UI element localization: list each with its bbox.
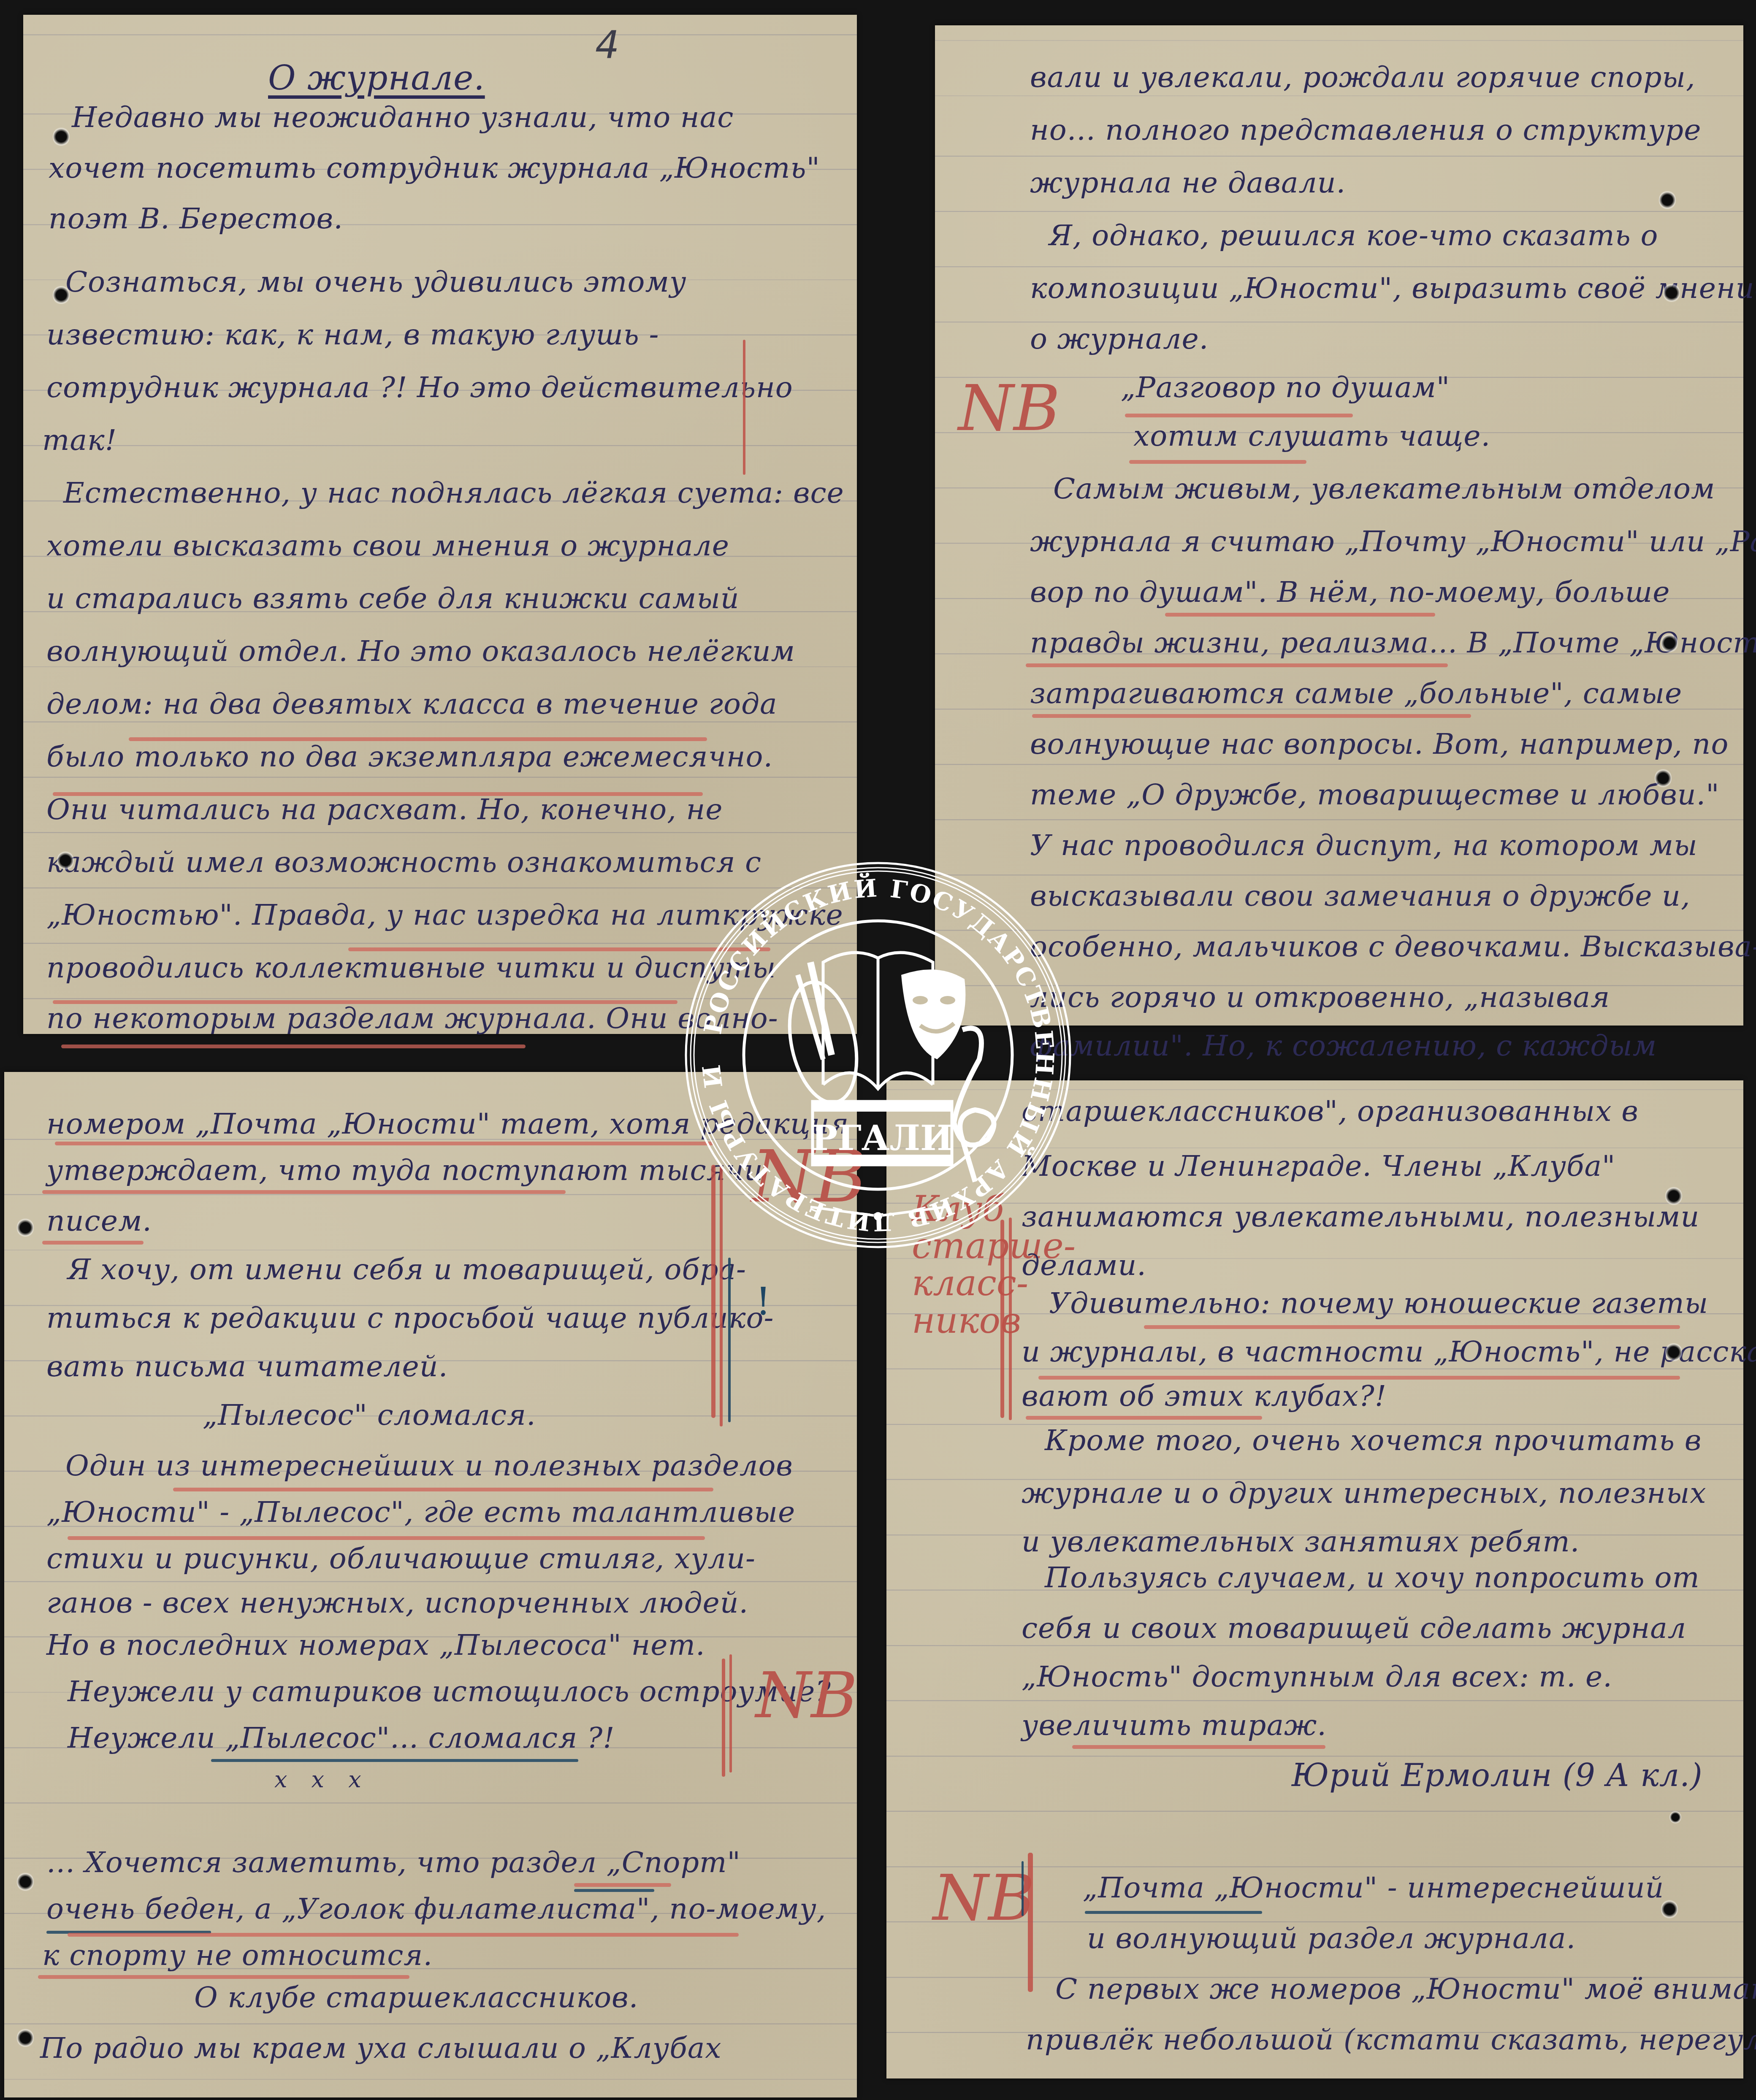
text-line: увеличить тираж. [1022, 1711, 1327, 1740]
text-line: журнала не давали. [1030, 169, 1346, 198]
punch-hole [1661, 633, 1678, 653]
text-line: волнующие нас вопросы. Вот, например, по [1030, 730, 1729, 759]
text-line: волнующий отдел. Но это оказалось нелёгк… [46, 637, 795, 666]
margin-nb-mark: NB [958, 376, 1060, 442]
page-number: 4 [595, 23, 619, 68]
punch-hole [1669, 1810, 1681, 1824]
text-line: писем. [46, 1207, 152, 1236]
red-underline [42, 1190, 566, 1194]
section-heading: хотим слушать чаще. [1133, 422, 1490, 451]
text-line: каждый имел возможность ознакомиться с [46, 848, 761, 877]
text-line: Я, однако, решился кое-что сказать о [1049, 222, 1658, 250]
text-line: ганов - всех ненужных, испорченных людей… [46, 1589, 748, 1618]
text-line: „Юность" доступным для всех: т. е. [1022, 1663, 1612, 1691]
text-line: Неужели „Пылесос"... сломался ?! [68, 1724, 615, 1753]
text-line: журнала я считаю „Почту „Юности" или „Ра… [1030, 528, 1756, 556]
text-line: По радио мы краем уха слышали о „Клубах [40, 2034, 722, 2063]
section-heading: „Почта „Юности" - интереснейший [1083, 1874, 1664, 1902]
text-line: У нас проводился диспут, на котором мы [1030, 831, 1698, 860]
red-underline [42, 1241, 144, 1245]
text-line: правды жизни, реализма... В „Почте „Юнос… [1030, 629, 1756, 658]
red-margin-line [729, 1654, 732, 1773]
text-line: и журналы, в частности „Юность", не расс… [1022, 1338, 1756, 1367]
text-line: Недавно мы неожиданно узнали, что нас [72, 103, 734, 132]
red-underline [1129, 460, 1306, 464]
text-line: к спорту не относится. [42, 1941, 433, 1970]
stamp-abbreviation: РГАЛИ [811, 1118, 953, 1158]
text-line: но... полного представления о структуре [1030, 116, 1701, 145]
red-underline [173, 1488, 713, 1491]
punch-hole [1659, 190, 1676, 210]
text-line: лись горячо и откровенно, „называя [1030, 983, 1610, 1012]
section-heading: „Пылесос" сломался. [203, 1401, 536, 1430]
text-line: журнале и о других интересных, полезных [1022, 1479, 1707, 1508]
text-line: было только по два экземпляра ежемесячно… [46, 743, 773, 771]
text-line: вать письма читателей. [46, 1353, 448, 1381]
text-line: и увлекательных занятиях ребят. [1022, 1528, 1580, 1556]
red-underline [53, 792, 703, 796]
punch-hole [1655, 768, 1672, 788]
text-line: по некоторым разделам журнала. Они волно… [46, 1004, 778, 1033]
text-line: Но в последних номерах „Пылесоса" нет. [46, 1631, 705, 1660]
red-margin-line [722, 1659, 725, 1777]
text-line: Пользуясь случаем, и хочу попросить от [1045, 1564, 1700, 1592]
punch-hole [17, 2028, 34, 2048]
text-line: известию: как, к нам, в такую глушь - [46, 321, 659, 349]
red-underline [1144, 1325, 1680, 1329]
text-line: „Юности" - „Пылесос", где есть талантлив… [46, 1498, 795, 1527]
text-line: поэт В. Берестов. [49, 205, 343, 233]
blue-underline [1085, 1911, 1262, 1914]
text-line: хочет посетить сотрудник журнала „Юность… [49, 154, 820, 183]
text-line: очень беден, а „Уголок филателиста", по-… [46, 1895, 826, 1924]
red-underline [68, 1933, 739, 1937]
page-title: О журнале. [268, 61, 485, 95]
text-line: затрагиваются самые „больные", самые [1030, 679, 1682, 708]
text-line: и старались взять себе для книжки самый [46, 585, 740, 613]
punch-hole [1661, 1899, 1678, 1919]
text-line: старшеклассников", организованных в [1022, 1097, 1639, 1126]
red-underline [1032, 714, 1471, 718]
text-line: занимаются увлекательными, полезными [1022, 1203, 1699, 1231]
red-underline [1026, 663, 1448, 667]
text-line: Сознаться, мы очень удивились этому [65, 268, 686, 297]
author-signature: Юрий Ермолин (9 А кл.) [1292, 1760, 1703, 1791]
blue-underline [574, 1889, 654, 1892]
red-underline [574, 1883, 671, 1887]
punch-hole [17, 1872, 34, 1892]
margin-nb-mark: NB [756, 1663, 857, 1729]
red-underline [38, 1975, 409, 1979]
red-underline [1125, 414, 1353, 417]
blue-margin-line [728, 1258, 731, 1422]
text-line: Я хочу, от имени себя и товарищей, обра- [68, 1256, 746, 1284]
rgali-seal-icon: РОССИЙСКИЙ ГОСУДАРСТВЕННЫЙ АРХИВ ЛИТЕРАТ… [684, 861, 1072, 1249]
red-underline [129, 737, 707, 741]
section-heading: О клубе старшеклассников. [194, 1984, 638, 2012]
red-margin-line [743, 340, 745, 475]
red-underline [1165, 613, 1435, 617]
text-line: Самым живым, увлекательным отделом [1053, 475, 1715, 503]
text-line: Кроме того, очень хочется прочитать в [1045, 1426, 1702, 1455]
text-line: титься к редакции с просьбой чаще публик… [46, 1304, 774, 1333]
red-underline [1072, 1745, 1325, 1749]
punch-hole [53, 285, 70, 305]
text-line: высказывали свои замечания о дружбе и, [1030, 882, 1691, 911]
text-line: сотрудник журнала ?! Но это действительн… [46, 373, 793, 402]
text-line: так! [42, 426, 117, 455]
text-line: Они читались на расхват. Но, конечно, не [46, 796, 723, 824]
text-line: Естественно, у нас поднялась лёгкая сует… [63, 479, 844, 508]
red-underline [68, 1536, 705, 1540]
text-line: стихи и рисунки, обличающие стиляг, хули… [46, 1545, 756, 1573]
text-line: Один из интереснейших и полезных раздело… [65, 1452, 793, 1480]
margin-nb-mark: NB [933, 1865, 1035, 1932]
text-line: теме „О дружбе, товариществе и любви." [1030, 781, 1719, 809]
archive-watermark-stamp: РОССИЙСКИЙ ГОСУДАРСТВЕННЫЙ АРХИВ ЛИТЕРАТ… [684, 861, 1072, 1249]
red-underline [55, 1142, 713, 1145]
text-line: ... Хочется заметить, что раздел „Спорт" [46, 1848, 741, 1877]
blue-underline [211, 1759, 578, 1762]
text-line: делом: на два девятых класса в течение г… [46, 690, 778, 719]
text-line: утверждает, что туда поступают тысячи [46, 1156, 763, 1185]
punch-hole [1663, 283, 1680, 303]
text-line: вали и увлекали, рождали горячие споры, [1030, 63, 1696, 92]
text-line: проводились коллективные читки и диспуты [46, 954, 776, 982]
text-line: привлёк небольшой (кстати сказать, нерег… [1026, 2026, 1756, 2054]
text-line: хотели высказать свои мнения о журнале [46, 532, 729, 560]
text-line: особенно, мальчиков с девочками. Высказы… [1030, 933, 1756, 961]
text-line: о журнале. [1030, 325, 1209, 354]
punch-hole [1665, 1186, 1682, 1206]
blue-margin-line [1022, 1861, 1024, 1916]
text-line: себя и своих товарищей сделать журнал [1022, 1614, 1686, 1643]
text-line: фамилии". Но, к сожалению, с каждым [1030, 1032, 1657, 1061]
punch-hole [53, 127, 70, 147]
text-line: вают об этих клубах?! [1022, 1382, 1387, 1411]
section-heading: и волнующий раздел журнала. [1087, 1924, 1576, 1953]
red-margin-line [1028, 1853, 1033, 1992]
stamp-ring-text: РОССИЙСКИЙ ГОСУДАРСТВЕННЫЙ АРХИВ ЛИТЕРАТ… [684, 861, 1060, 1237]
text-line: вор по душам". В нём, по-моему, больше [1030, 578, 1670, 607]
text-line: Удивительно: почему юношеские газеты [1049, 1289, 1708, 1318]
section-heading: „Разговор по душам" [1121, 373, 1450, 402]
red-underline [53, 1000, 677, 1004]
red-underline [1026, 1416, 1262, 1420]
text-line: Москве и Ленинграде. Члены „Клуба" [1022, 1152, 1615, 1181]
punch-hole [1665, 1342, 1682, 1362]
text-line: делами. [1022, 1251, 1146, 1280]
red-underline [1038, 1376, 1680, 1380]
red-underline [61, 1045, 526, 1048]
red-margin-line [1000, 1220, 1004, 1418]
punch-hole [57, 850, 74, 871]
punch-hole [17, 1218, 34, 1238]
text-line: композиции „Юности", выразить своё мнени… [1030, 274, 1756, 303]
exclamation-mark: ! [756, 1283, 771, 1321]
svg-text:РОССИЙСКИЙ ГОСУДАРСТВЕННЫЙ АРХ: РОССИЙСКИЙ ГОСУДАРСТВЕННЫЙ АРХИВ ЛИТЕРАТ… [684, 861, 1060, 1237]
section-divider: x x x [274, 1768, 370, 1791]
text-line: С первых же номеров „Юности" моё внимани… [1055, 1975, 1756, 2004]
text-line: Неужели у сатириков истощилось остроумие… [68, 1678, 831, 1706]
